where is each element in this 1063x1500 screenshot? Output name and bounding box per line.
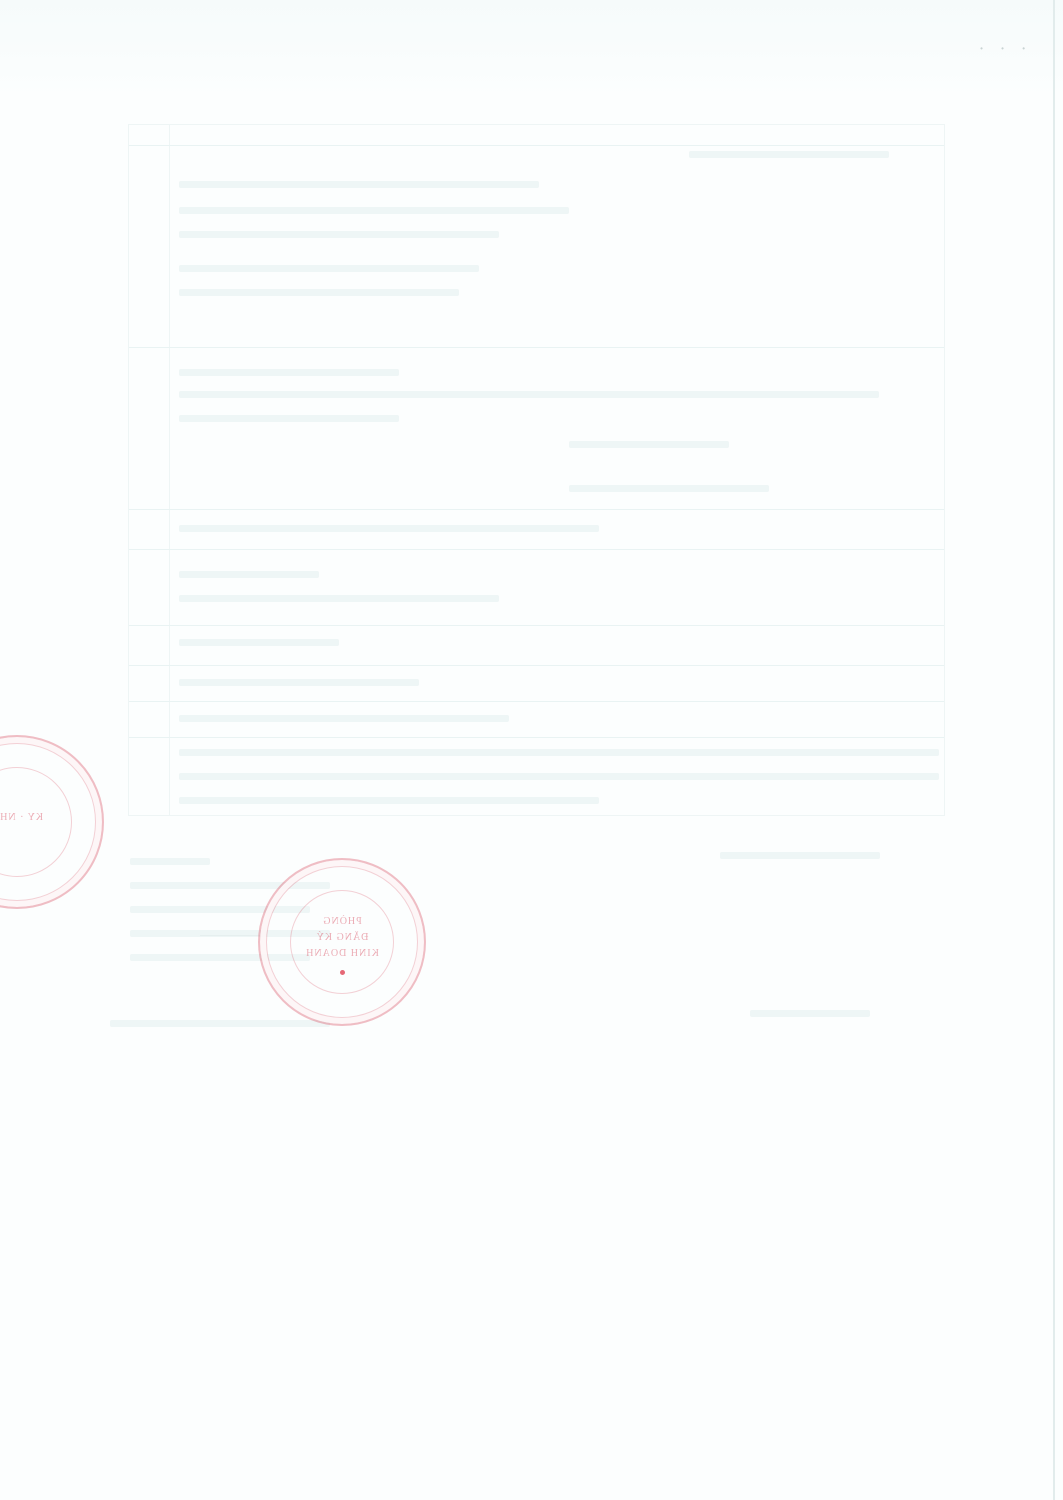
- corner-marks: • • •: [980, 44, 1033, 53]
- table-rule: [129, 625, 944, 626]
- stamp-line-bottom: KINH DOANH: [260, 948, 424, 959]
- ghost-line: [179, 773, 939, 780]
- bleed-through-table: [128, 124, 945, 816]
- ghost-line: [179, 207, 569, 214]
- ghost-line: [179, 797, 599, 804]
- ghost-line: [179, 679, 419, 686]
- ghost-line: [179, 749, 939, 756]
- stamp-dot: [340, 970, 345, 975]
- table-rule: [129, 509, 944, 510]
- ghost-line: [179, 715, 509, 722]
- table-rule: [129, 145, 944, 146]
- ghost-line: [179, 525, 599, 532]
- scan-edge-line: [1053, 0, 1055, 1500]
- center-round-stamp: PHÒNG ĐĂNG KÝ KINH DOANH: [258, 858, 426, 1026]
- ghost-line: [130, 858, 210, 865]
- ghost-line: [179, 231, 499, 238]
- ghost-line: [569, 485, 769, 492]
- ghost-line: [689, 151, 889, 158]
- scan-shadow-band: [0, 0, 1063, 100]
- table-rule: [129, 737, 944, 738]
- ghost-line: [179, 289, 459, 296]
- ghost-line: [179, 369, 399, 376]
- table-rule: [129, 701, 944, 702]
- table-rule: [129, 347, 944, 348]
- ghost-line: [179, 265, 479, 272]
- left-partial-stamp: KY · NHÀ: [0, 735, 104, 909]
- scanned-page: • • •: [0, 0, 1063, 1500]
- ghost-line: [179, 415, 399, 422]
- ghost-line: [720, 852, 880, 859]
- ghost-line: [110, 1020, 330, 1027]
- ghost-line: [179, 595, 499, 602]
- bleed-signature: [200, 905, 260, 936]
- table-rule: [129, 549, 944, 550]
- stamp-glyphs: KY · NHÀ: [0, 812, 102, 823]
- stamp-line-mid: ĐĂNG KÝ: [260, 932, 424, 943]
- ghost-line: [569, 441, 729, 448]
- ghost-line: [179, 571, 319, 578]
- table-rule: [129, 665, 944, 666]
- ghost-line: [179, 639, 339, 646]
- ghost-line: [750, 1010, 870, 1017]
- stamp-line-top: PHÒNG: [260, 916, 424, 927]
- ghost-line: [179, 391, 879, 398]
- table-divider: [169, 125, 170, 815]
- ghost-line: [179, 181, 539, 188]
